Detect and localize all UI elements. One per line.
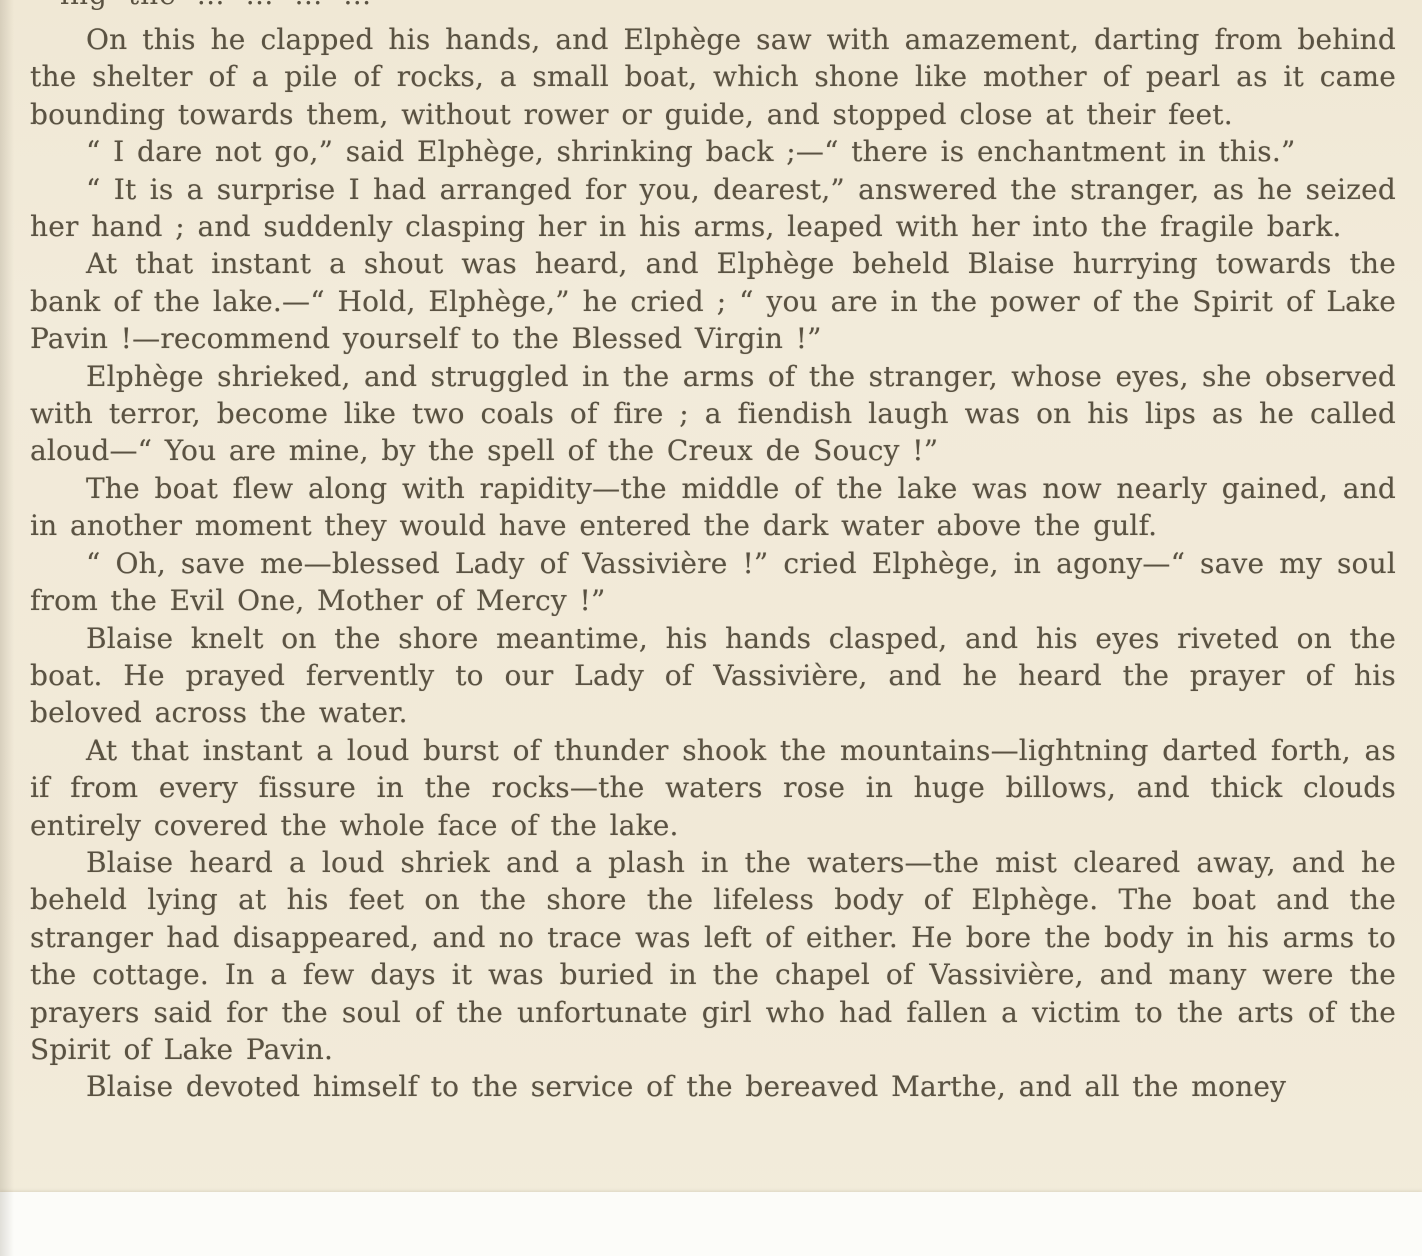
paragraph: The boat flew along with rapidity—the mi… xyxy=(30,470,1396,545)
book-page: ing the … … … … On this he clapped his h… xyxy=(0,0,1422,1256)
story-text: On this he clapped his hands, and Elphèg… xyxy=(0,15,1422,1106)
paragraph: At that instant a loud burst of thunder … xyxy=(30,732,1396,844)
cropped-line-text: ing the … … … … xyxy=(0,0,1422,13)
paragraph: Elphège shrieked, and struggled in the a… xyxy=(30,358,1396,470)
paragraph: On this he clapped his hands, and Elphèg… xyxy=(30,21,1396,133)
page-bottom-margin xyxy=(0,1192,1422,1256)
paragraph: Blaise devoted himself to the service of… xyxy=(30,1068,1396,1105)
paragraph: “ Oh, save me—blessed Lady of Vassivière… xyxy=(30,545,1396,620)
paragraph: At that instant a shout was heard, and E… xyxy=(30,245,1396,357)
paragraph: Blaise heard a loud shriek and a plash i… xyxy=(30,844,1396,1068)
cropped-previous-line: ing the … … … … xyxy=(0,0,1422,15)
paragraph: “ I dare not go,” said Elphège, shrinkin… xyxy=(30,133,1396,170)
paragraph: “ It is a surprise I had arranged for yo… xyxy=(30,171,1396,246)
paragraph: Blaise knelt on the shore meantime, his … xyxy=(30,620,1396,732)
